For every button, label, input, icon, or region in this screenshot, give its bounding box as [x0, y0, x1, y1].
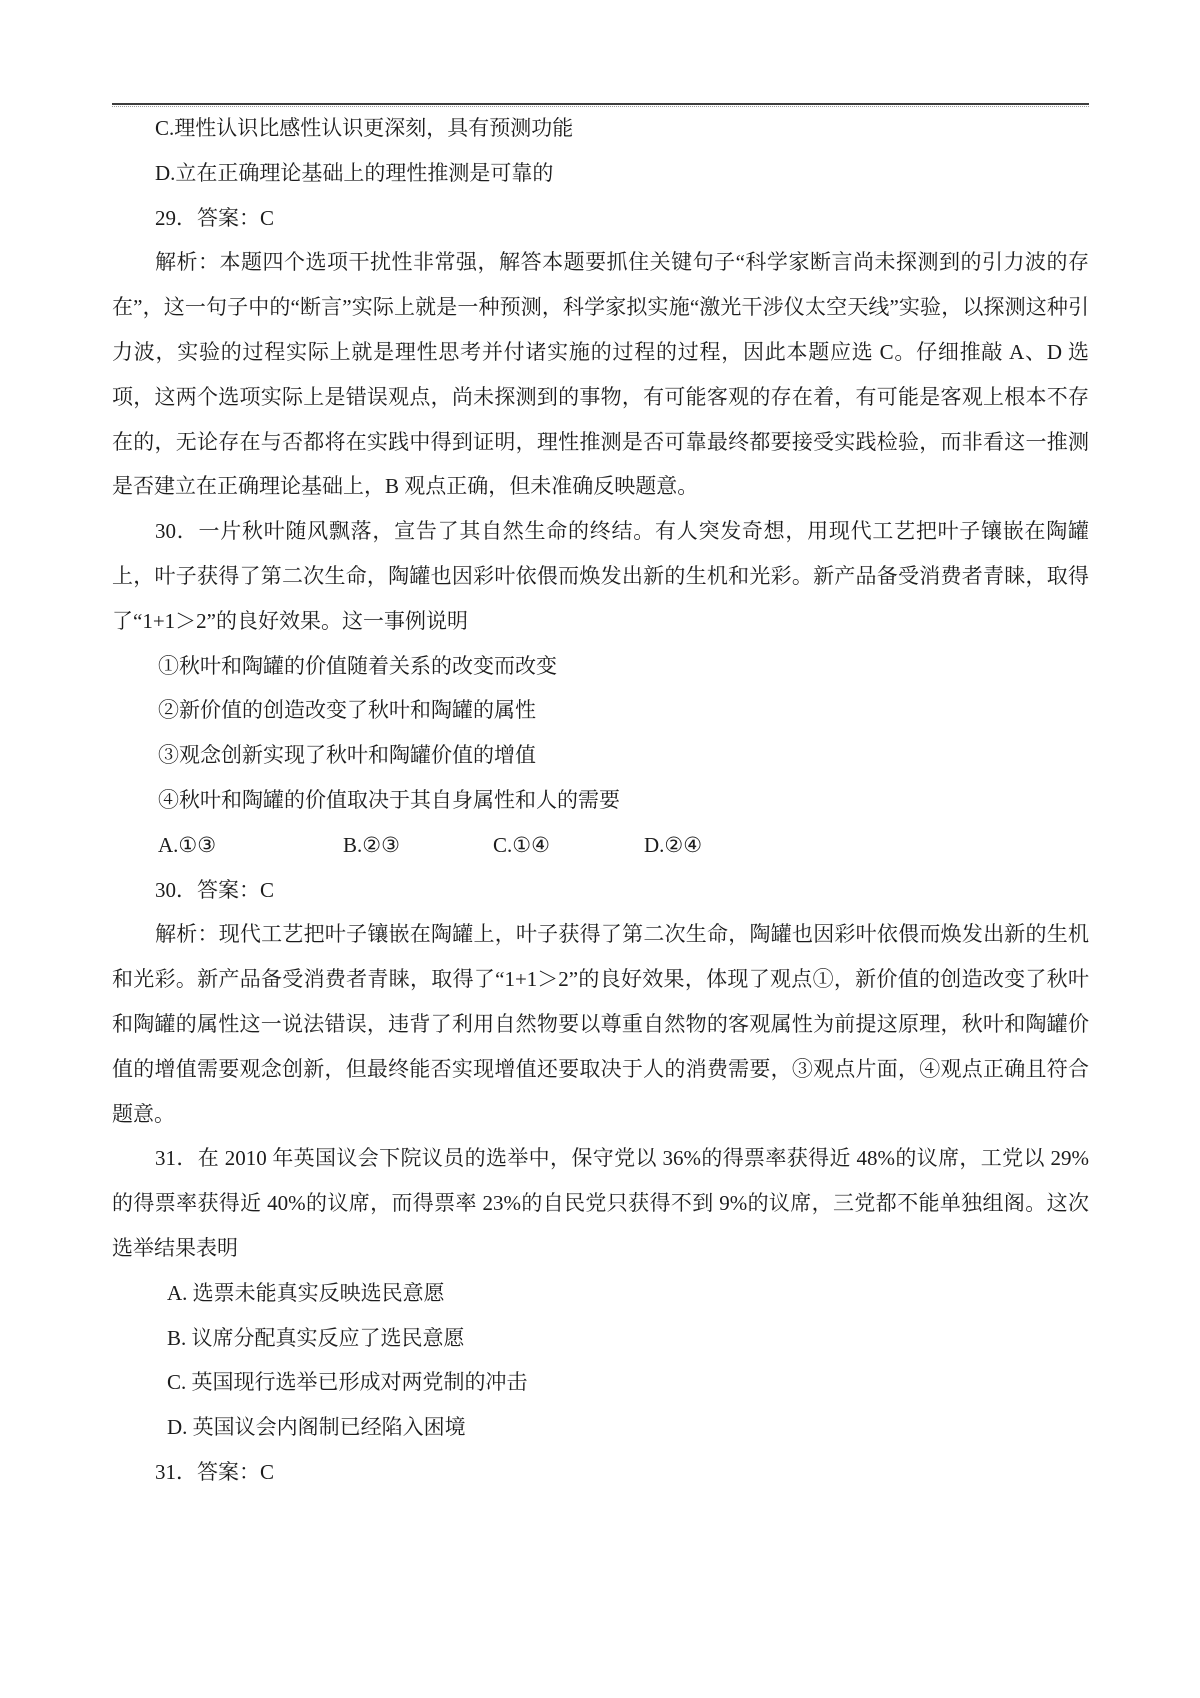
q30-item-2: ②新价值的创造改变了秋叶和陶罐的属性	[112, 688, 1089, 733]
q31-option-d: D. 英国议会内阁制已经陷入困境	[112, 1405, 1089, 1450]
q30-analysis: 解析：现代工艺把叶子镶嵌在陶罐上，叶子获得了第二次生命，陶罐也因彩叶依偎而焕发出…	[112, 912, 1089, 1136]
q29-option-d: D.立在正确理论基础上的理性推测是可靠的	[112, 151, 1089, 196]
q31-answer: 31．答案：C	[112, 1450, 1089, 1495]
q29-answer: 29．答案：C	[112, 196, 1089, 241]
q31-stem: 31．在 2010 年英国议会下院议员的选举中，保守党以 36%的得票率获得近 …	[112, 1136, 1089, 1270]
q30-answer: 30．答案：C	[112, 868, 1089, 913]
q30-choice-a: A.①③	[158, 823, 216, 868]
q30-item-4: ④秋叶和陶罐的价值取决于其自身属性和人的需要	[112, 778, 1089, 823]
q30-item-1: ①秋叶和陶罐的价值随着关系的改变而改变	[112, 644, 1089, 689]
q30-item-3: ③观念创新实现了秋叶和陶罐价值的增值	[112, 733, 1089, 778]
q30-choice-d: D.②④	[644, 823, 702, 868]
q30-stem: 30．一片秋叶随风飘落，宣告了其自然生命的终结。有人突发奇想，用现代工艺把叶子镶…	[112, 509, 1089, 643]
q31-option-c: C. 英国现行选举已形成对两党制的冲击	[112, 1360, 1089, 1405]
q31-option-b: B. 议席分配真实反应了选民意愿	[112, 1316, 1089, 1361]
q30-choices-row: A.①③ B.②③ C.①④ D.②④	[112, 823, 1089, 868]
document-page: C.理性认识比感性认识更深刻，具有预测功能 D.立在正确理论基础上的理性推测是可…	[0, 0, 1200, 1698]
q29-analysis: 解析：本题四个选项干扰性非常强，解答本题要抓住关键句子“科学家断言尚未探测到的引…	[112, 240, 1089, 509]
q29-option-c: C.理性认识比感性认识更深刻，具有预测功能	[112, 106, 1089, 151]
q30-choice-c: C.①④	[493, 823, 550, 868]
document-content: C.理性认识比感性认识更深刻，具有预测功能 D.立在正确理论基础上的理性推测是可…	[112, 106, 1089, 1495]
q31-option-a: A. 选票未能真实反映选民意愿	[112, 1271, 1089, 1316]
q30-choice-b: B.②③	[343, 823, 400, 868]
